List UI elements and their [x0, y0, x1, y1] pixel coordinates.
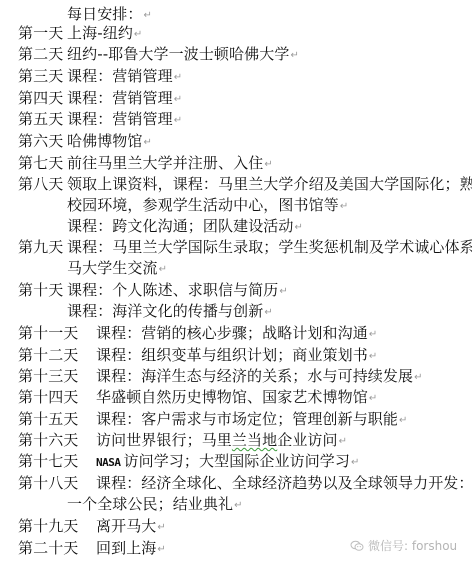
- activity-text: 回到上海: [96, 539, 156, 557]
- day-activity: 离开马大↵: [96, 516, 166, 538]
- paragraph-mark-icon: ↵: [159, 264, 167, 275]
- paragraph-mark-icon: ↵: [369, 329, 377, 340]
- paragraph-mark-icon: ↵: [144, 10, 152, 21]
- day-label: 第十二天: [18, 345, 78, 366]
- paragraph-mark-icon: ↵: [234, 500, 242, 511]
- activity-text: 课程：组织变革与组织计划；商业策划书: [96, 346, 368, 364]
- day-activity: NASA访问学习；大型国际企业访问学习↵: [96, 451, 360, 473]
- nasa-text: NASA: [96, 456, 121, 469]
- paragraph-mark-icon: ↵: [174, 72, 182, 83]
- day-activity: 纽约--耶鲁大学一波士顿哈佛大学↵: [67, 44, 299, 66]
- activity-text: 哈佛博物馆: [67, 132, 143, 150]
- activity-text: 纽约--耶鲁大学一波士顿哈佛大学: [67, 45, 289, 63]
- day-label: 第十六天: [18, 430, 78, 451]
- activity-text: 课程：海洋文化的传播与创新: [67, 302, 263, 320]
- activity-text: 课程：营销管理: [67, 110, 173, 128]
- day-activity: 课程：营销的核心步骤；战略计划和沟通↵: [96, 323, 377, 345]
- schedule-row: 第六天 哈佛博物馆↵: [0, 131, 472, 152]
- day-label: 第九天: [18, 237, 63, 258]
- day-label: 第七天: [18, 153, 63, 174]
- day-label: 第二十天: [18, 538, 78, 559]
- paragraph-mark-icon: ↵: [339, 436, 347, 447]
- day-label: 第六天: [18, 131, 63, 152]
- activity-text: 课程：客户需求与市场定位；管理创新与职能: [96, 410, 398, 428]
- day-activity-continuation: 课程：海洋文化的传播与创新↵: [67, 301, 273, 323]
- paragraph-mark-icon: ↵: [264, 159, 272, 170]
- activity-text: 上海-纽约: [67, 24, 133, 42]
- schedule-row-continuation: 课程：跨文化沟通；团队建设活动↵: [0, 216, 472, 237]
- day-activity: 课程：海洋生态与经济的关系；水与可持续发展↵: [96, 366, 423, 388]
- paragraph-mark-icon: ↵: [144, 137, 152, 148]
- paragraph-mark-icon: ↵: [264, 307, 272, 318]
- activity-text: 课程：营销管理: [67, 89, 173, 107]
- day-activity: 课程：个人陈述、求职信与简历↵: [67, 280, 288, 302]
- schedule-row-continuation: 校园环境，参观学生活动中心，图书馆等↵: [0, 195, 472, 216]
- day-activity: 哈佛博物馆↵: [67, 131, 152, 153]
- schedule-row: 第十三天 课程：海洋生态与经济的关系；水与可持续发展↵: [0, 366, 472, 387]
- day-label: 第十九天: [18, 516, 78, 537]
- day-activity: 课程：组织变革与组织计划；商业策划书↵: [96, 345, 377, 367]
- day-activity: 回到上海↵: [96, 538, 166, 560]
- day-activity: 课程：客户需求与市场定位；管理创新与职能↵: [96, 409, 408, 431]
- day-activity: 上海-纽约↵: [67, 23, 142, 45]
- day-activity-continuation: 课程：跨文化沟通；团队建设活动↵: [67, 216, 303, 238]
- schedule-row-continuation: 马大学生交流↵: [0, 258, 472, 279]
- paragraph-mark-icon: ↵: [157, 544, 165, 555]
- schedule-row: 第十一天 课程：营销的核心步骤；战略计划和沟通↵: [0, 323, 472, 344]
- wechat-watermark: 微信号: forshou: [350, 538, 457, 554]
- schedule-heading: 每日安排：↵: [67, 4, 152, 25]
- day-activity: 课程：营销管理↵: [67, 66, 182, 88]
- day-activity-continuation: 校园环境，参观学生活动中心，图书馆等↵: [67, 195, 348, 217]
- schedule-row: 第四天 课程：营销管理↵: [0, 88, 472, 109]
- day-activity: 访问世界银行；马里兰当地企业访问↵: [96, 430, 347, 452]
- schedule-row: 第十二天 课程：组织变革与组织计划；商业策划书↵: [0, 345, 472, 366]
- schedule-row: 第十天 课程：个人陈述、求职信与简历↵: [0, 280, 472, 301]
- activity-text: 课程：跨文化沟通；团队建设活动: [67, 217, 294, 235]
- day-label: 第五天: [18, 109, 63, 130]
- schedule-row: 第十八天 课程：经济全球化、全球经济趋势以及全球领导力开发：做: [0, 473, 472, 494]
- paragraph-mark-icon: ↵: [369, 351, 377, 362]
- day-label: 第十三天: [18, 366, 78, 387]
- day-activity: 课程：营销管理↵: [67, 88, 182, 110]
- day-label: 第十四天: [18, 387, 78, 408]
- activity-text: 前往马里兰大学并注册、入住: [67, 154, 263, 172]
- schedule-row: 第一天 上海-纽约↵: [0, 23, 472, 44]
- day-label: 第十八天: [18, 473, 78, 494]
- schedule-row: 第七天 前往马里兰大学并注册、入住↵: [0, 153, 472, 174]
- activity-text: 访问学习；大型国际企业访问学习: [124, 452, 351, 470]
- paragraph-mark-icon: ↵: [369, 393, 377, 404]
- schedule-row: 第三天 课程：营销管理↵: [0, 66, 472, 87]
- day-activity-continuation: 一个全球公民；结业典礼↵: [67, 494, 243, 516]
- day-activity: 课程：经济全球化、全球经济趋势以及全球领导力开发：做: [96, 473, 472, 494]
- wechat-icon: [350, 540, 364, 552]
- schedule-row: 第二天 纽约--耶鲁大学一波士顿哈佛大学↵: [0, 44, 472, 65]
- itinerary-document: 每日安排：↵ 第一天 上海-纽约↵ 第二天 纽约--耶鲁大学一波士顿哈佛大学↵ …: [0, 0, 472, 567]
- activity-text: 企业访问: [277, 431, 337, 449]
- day-activity: 课程：马里兰大学国际生录取；学生奖惩机制及学术诚心体系；: [67, 237, 472, 258]
- activity-text: 华盛顿自然历史博物馆、国家艺术博物馆: [96, 388, 368, 406]
- spellcheck-underlined-text[interactable]: 兰当地: [232, 431, 277, 449]
- schedule-row: 第九天 课程：马里兰大学国际生录取；学生奖惩机制及学术诚心体系；: [0, 237, 472, 258]
- heading-text: 每日安排：: [67, 5, 143, 23]
- activity-text: 课程：海洋生态与经济的关系；水与可持续发展: [96, 367, 413, 385]
- day-activity: 领取上课资料，课程：马里兰大学介绍及美国大学国际化；熟悉: [67, 174, 472, 195]
- activity-text: 离开马大: [96, 517, 156, 535]
- paragraph-mark-icon: ↵: [134, 29, 142, 40]
- activity-text: 访问世界银行；马里: [96, 431, 232, 449]
- paragraph-mark-icon: ↵: [174, 94, 182, 105]
- activity-text: 课程：马里兰大学国际生录取；学生奖惩机制及学术诚心体系；: [67, 238, 472, 256]
- day-activity-continuation: 马大学生交流↵: [67, 258, 167, 280]
- paragraph-mark-icon: ↵: [351, 457, 359, 468]
- watermark-label: 微信号: forshou: [368, 539, 457, 553]
- schedule-row-continuation: 课程：海洋文化的传播与创新↵: [0, 301, 472, 322]
- activity-text: 一个全球公民；结业典礼: [67, 495, 233, 513]
- schedule-row: 第八天 领取上课资料，课程：马里兰大学介绍及美国大学国际化；熟悉: [0, 174, 472, 195]
- paragraph-mark-icon: ↵: [290, 50, 298, 61]
- paragraph-mark-icon: ↵: [399, 415, 407, 426]
- paragraph-mark-icon: ↵: [295, 222, 303, 233]
- day-label: 第十五天: [18, 409, 78, 430]
- day-activity: 华盛顿自然历史博物馆、国家艺术博物馆↵: [96, 387, 377, 409]
- day-label: 第一天: [18, 23, 63, 44]
- paragraph-mark-icon: ↵: [174, 115, 182, 126]
- schedule-row: 第十四天 华盛顿自然历史博物馆、国家艺术博物馆↵: [0, 387, 472, 408]
- paragraph-mark-icon: ↵: [157, 522, 165, 533]
- paragraph-mark-icon: ↵: [340, 201, 348, 212]
- day-label: 第四天: [18, 88, 63, 109]
- schedule-row-continuation: 一个全球公民；结业典礼↵: [0, 494, 472, 515]
- schedule-row: 第十七天 NASA访问学习；大型国际企业访问学习↵: [0, 451, 472, 472]
- schedule-row: 第十五天 课程：客户需求与市场定位；管理创新与职能↵: [0, 409, 472, 430]
- schedule-row: 第五天 课程：营销管理↵: [0, 109, 472, 130]
- schedule-row: 第十九天 离开马大↵: [0, 516, 472, 537]
- day-activity: 前往马里兰大学并注册、入住↵: [67, 153, 273, 175]
- activity-text: 课程：经济全球化、全球经济趋势以及全球领导力开发：做: [96, 474, 472, 492]
- day-label: 第二天: [18, 44, 63, 65]
- day-label: 第十七天: [18, 451, 78, 472]
- activity-text: 课程：营销的核心步骤；战略计划和沟通: [96, 324, 368, 342]
- activity-text: 课程：营销管理: [67, 67, 173, 85]
- day-activity: 课程：营销管理↵: [67, 109, 182, 131]
- activity-text: 校园环境，参观学生活动中心，图书馆等: [67, 196, 339, 214]
- activity-text: 领取上课资料，课程：马里兰大学介绍及美国大学国际化；熟悉: [67, 175, 472, 193]
- day-label: 第十天: [18, 280, 63, 301]
- activity-text: 课程：个人陈述、求职信与简历: [67, 281, 278, 299]
- schedule-row: 第十六天 访问世界银行；马里兰当地企业访问↵: [0, 430, 472, 451]
- day-label: 第三天: [18, 66, 63, 87]
- paragraph-mark-icon: ↵: [414, 372, 422, 383]
- day-label: 第十一天: [18, 323, 78, 344]
- day-label: 第八天: [18, 174, 63, 195]
- paragraph-mark-icon: ↵: [279, 286, 287, 297]
- activity-text: 马大学生交流: [67, 259, 158, 277]
